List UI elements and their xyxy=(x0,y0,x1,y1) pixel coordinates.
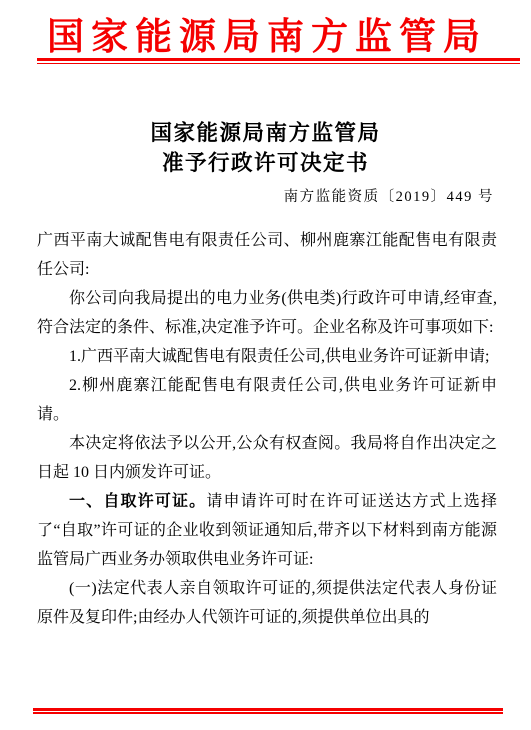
agency-masthead: 国家能源局南方监管局 xyxy=(3,6,531,60)
footer-double-rule xyxy=(33,708,503,711)
document-body: 广西平南大诚配售电有限责任公司、柳州鹿寨江能配售电有限责任公司:你公司向我局提出… xyxy=(37,226,497,632)
body-paragraph: 1.广西平南大诚配售电有限责任公司,供电业务许可证新申请; xyxy=(37,342,497,371)
body-paragraph: 2.柳州鹿寨江能配售电有限责任公司,供电业务许可证新申请。 xyxy=(37,371,497,429)
body-paragraph: 本决定将依法予以公开,公众有权查阅。我局将自作出决定之日起 10 日内颁发许可证… xyxy=(37,429,497,487)
letterhead-double-rule xyxy=(37,58,520,61)
document-number: 南方监能资质〔2019〕449 号 xyxy=(284,185,494,206)
paragraph-bold-lead: 一、自取许可证。 xyxy=(69,493,206,510)
body-paragraph: 广西平南大诚配售电有限责任公司、柳州鹿寨江能配售电有限责任公司: xyxy=(37,226,497,284)
body-paragraph: 你公司向我局提出的电力业务(供电类)行政许可申请,经审查,符合法定的条件、标准,… xyxy=(37,284,497,342)
body-paragraph: (一)法定代表人亲自领取许可证的,须提供法定代表人身份证原件及复印件;由经办人代… xyxy=(37,574,497,632)
document-title: 国家能源局南方监管局 准予行政许可决定书 xyxy=(0,118,531,178)
document-title-line2: 准予行政许可决定书 xyxy=(162,151,369,175)
body-paragraph: 一、自取许可证。请申请许可时在许可证送达方式上选择了“自取”许可证的企业收到领证… xyxy=(37,487,497,574)
document-title-line1: 国家能源局南方监管局 xyxy=(150,121,380,145)
